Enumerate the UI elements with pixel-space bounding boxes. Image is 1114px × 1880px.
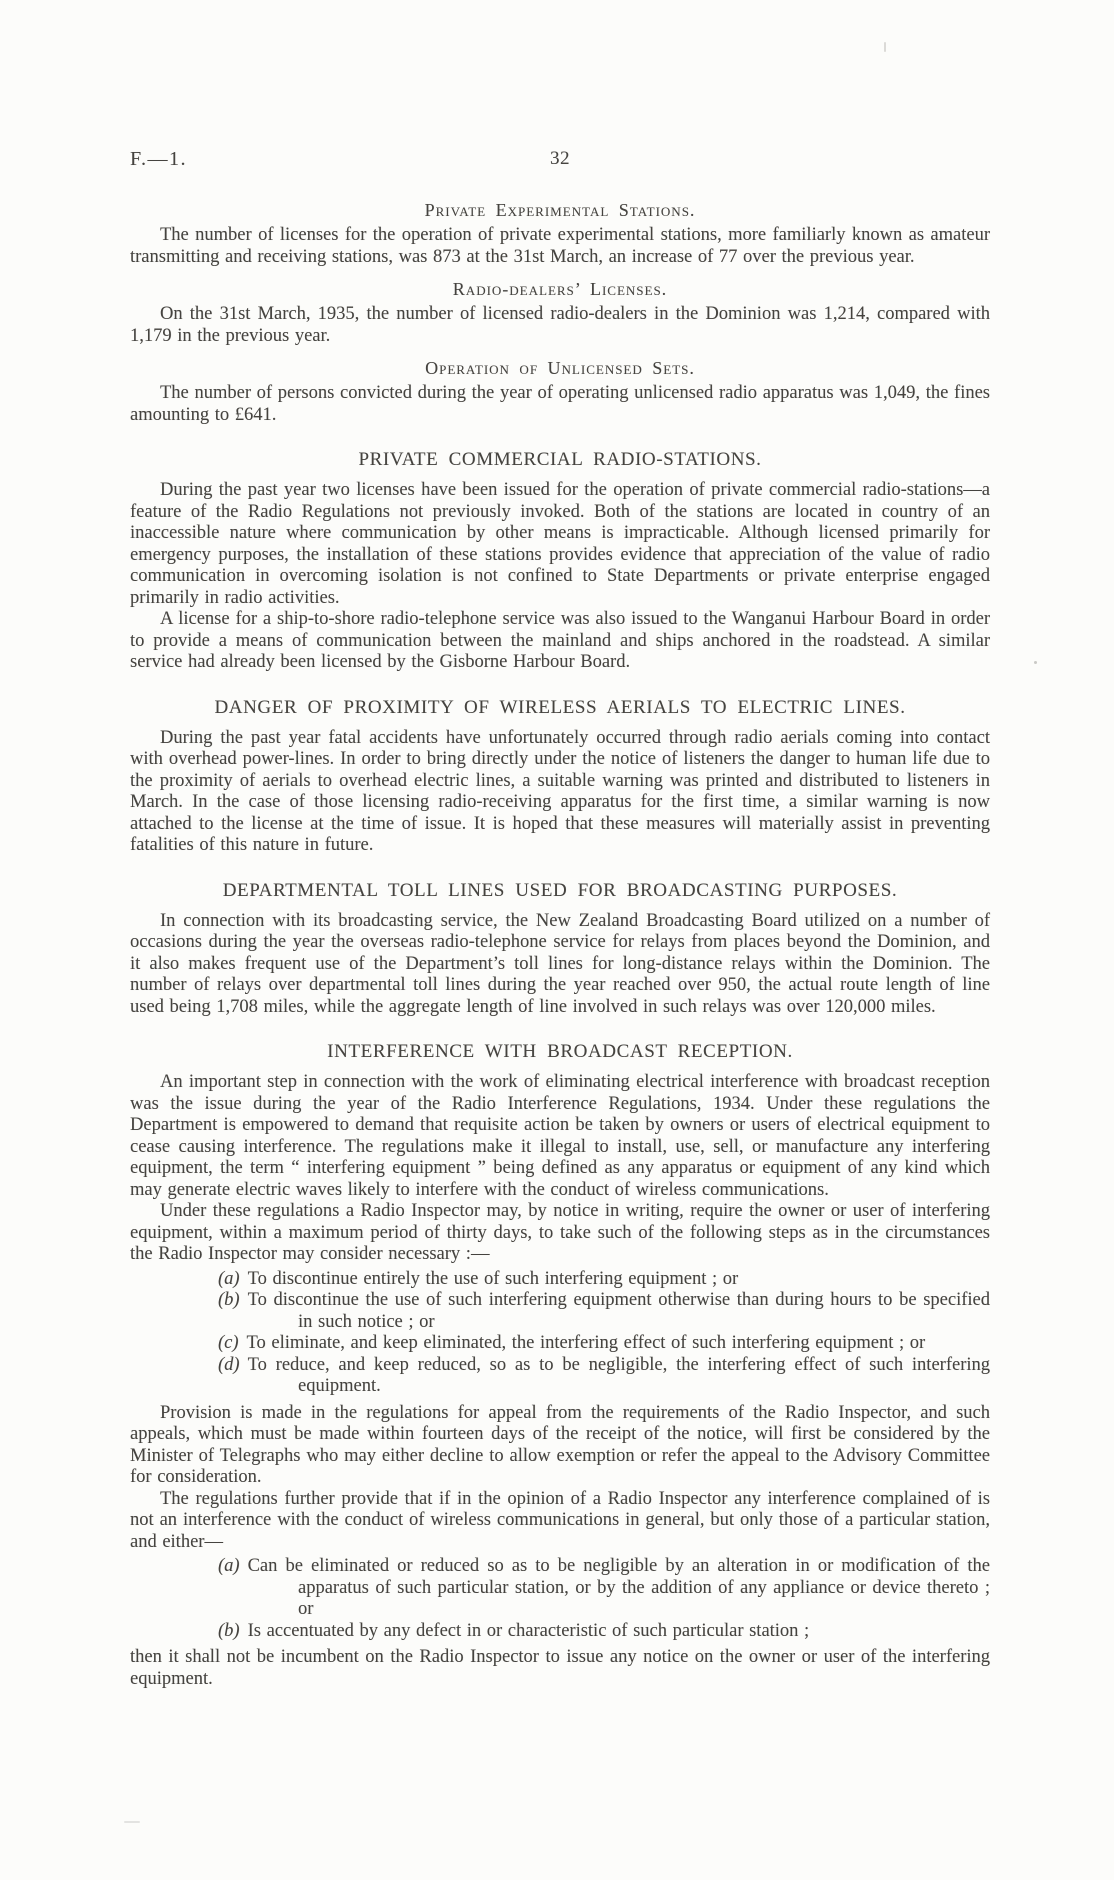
- paragraph: A license for a ship-to-shore radio-tele…: [130, 609, 990, 674]
- paragraph: On the 31st March, 1935, the number of l…: [130, 304, 990, 347]
- document-reference: F.—1.: [130, 148, 187, 171]
- list-item-text: To reduce, and keep reduced, so as to be…: [248, 1355, 990, 1397]
- list-item: (c)To eliminate, and keep eliminated, th…: [130, 1333, 990, 1355]
- section-private-commercial-radio-stations: PRIVATE COMMERCIAL RADIO-STATIONS. Durin…: [130, 449, 990, 674]
- list-item-text: To discontinue the use of such interferi…: [248, 1290, 990, 1332]
- section-heading: PRIVATE COMMERCIAL RADIO-STATIONS.: [130, 449, 990, 471]
- section-private-experimental-stations: Private Experimental Stations. The numbe…: [130, 200, 990, 268]
- section-interference-with-broadcast-reception: INTERFERENCE WITH BROADCAST RECEPTION. A…: [130, 1041, 990, 1690]
- section-departmental-toll-lines: DEPARTMENTAL TOLL LINES USED FOR BROADCA…: [130, 880, 990, 1019]
- inspector-steps-list: (a)To discontinue entirely the use of su…: [130, 1269, 990, 1398]
- paragraph: The number of licenses for the operation…: [130, 225, 990, 268]
- paragraph: During the past year fatal accidents hav…: [130, 728, 990, 857]
- list-item-label: (b): [218, 1290, 248, 1310]
- scan-artifact: [884, 42, 886, 52]
- section-radio-dealers-licenses: Radio-dealers’ Licenses. On the 31st Mar…: [130, 279, 990, 347]
- paragraph: During the past year two licenses have b…: [130, 480, 990, 609]
- list-item-label: (a): [218, 1556, 248, 1576]
- section-heading: DEPARTMENTAL TOLL LINES USED FOR BROADCA…: [130, 880, 990, 902]
- list-item-text: Is accentuated by any defect in or chara…: [248, 1621, 810, 1641]
- paragraph: The regulations further provide that if …: [130, 1489, 990, 1554]
- list-item-label: (d): [218, 1355, 248, 1375]
- list-item-label: (b): [218, 1621, 248, 1641]
- list-item-text: To eliminate, and keep eliminated, the i…: [247, 1333, 926, 1353]
- page-number: 32: [550, 148, 570, 170]
- page-content: F.—1. 32 Private Experimental Stations. …: [130, 148, 990, 1690]
- section-heading: DANGER OF PROXIMITY OF WIRELESS AERIALS …: [130, 697, 990, 719]
- list-item-label: (a): [218, 1269, 248, 1289]
- paragraph: An important step in connection with the…: [130, 1072, 990, 1201]
- section-danger-of-proximity-of-wireless-aerials: DANGER OF PROXIMITY OF WIRELESS AERIALS …: [130, 697, 990, 857]
- section-heading: INTERFERENCE WITH BROADCAST RECEPTION.: [130, 1041, 990, 1063]
- paragraph: Provision is made in the regulations for…: [130, 1403, 990, 1489]
- section-heading: Operation of Unlicensed Sets.: [130, 358, 990, 379]
- document-page: F.—1. 32 Private Experimental Stations. …: [0, 0, 1114, 1880]
- list-item: (b)To discontinue the use of such interf…: [130, 1290, 990, 1333]
- page-header: F.—1. 32: [130, 148, 990, 174]
- list-item: (a)Can be eliminated or reduced so as to…: [130, 1556, 990, 1621]
- scan-artifact: [124, 1821, 140, 1823]
- list-item: (b)Is accentuated by any defect in or ch…: [130, 1621, 990, 1643]
- paragraph: Under these regulations a Radio Inspecto…: [130, 1201, 990, 1266]
- section-heading: Private Experimental Stations.: [130, 200, 990, 221]
- list-item: (d)To reduce, and keep reduced, so as to…: [130, 1355, 990, 1398]
- scan-artifact: [1034, 661, 1037, 664]
- paragraph: then it shall not be incumbent on the Ra…: [130, 1647, 990, 1690]
- section-operation-of-unlicensed-sets: Operation of Unlicensed Sets. The number…: [130, 358, 990, 426]
- list-item-text: Can be eliminated or reduced so as to be…: [248, 1556, 990, 1619]
- list-item-text: To discontinue entirely the use of such …: [248, 1269, 739, 1289]
- list-item: (a)To discontinue entirely the use of su…: [130, 1269, 990, 1291]
- interference-conditions-list: (a)Can be eliminated or reduced so as to…: [130, 1556, 990, 1642]
- paragraph: The number of persons convicted during t…: [130, 383, 990, 426]
- list-item-label: (c): [218, 1333, 247, 1353]
- section-heading: Radio-dealers’ Licenses.: [130, 279, 990, 300]
- paragraph: In connection with its broadcasting serv…: [130, 911, 990, 1019]
